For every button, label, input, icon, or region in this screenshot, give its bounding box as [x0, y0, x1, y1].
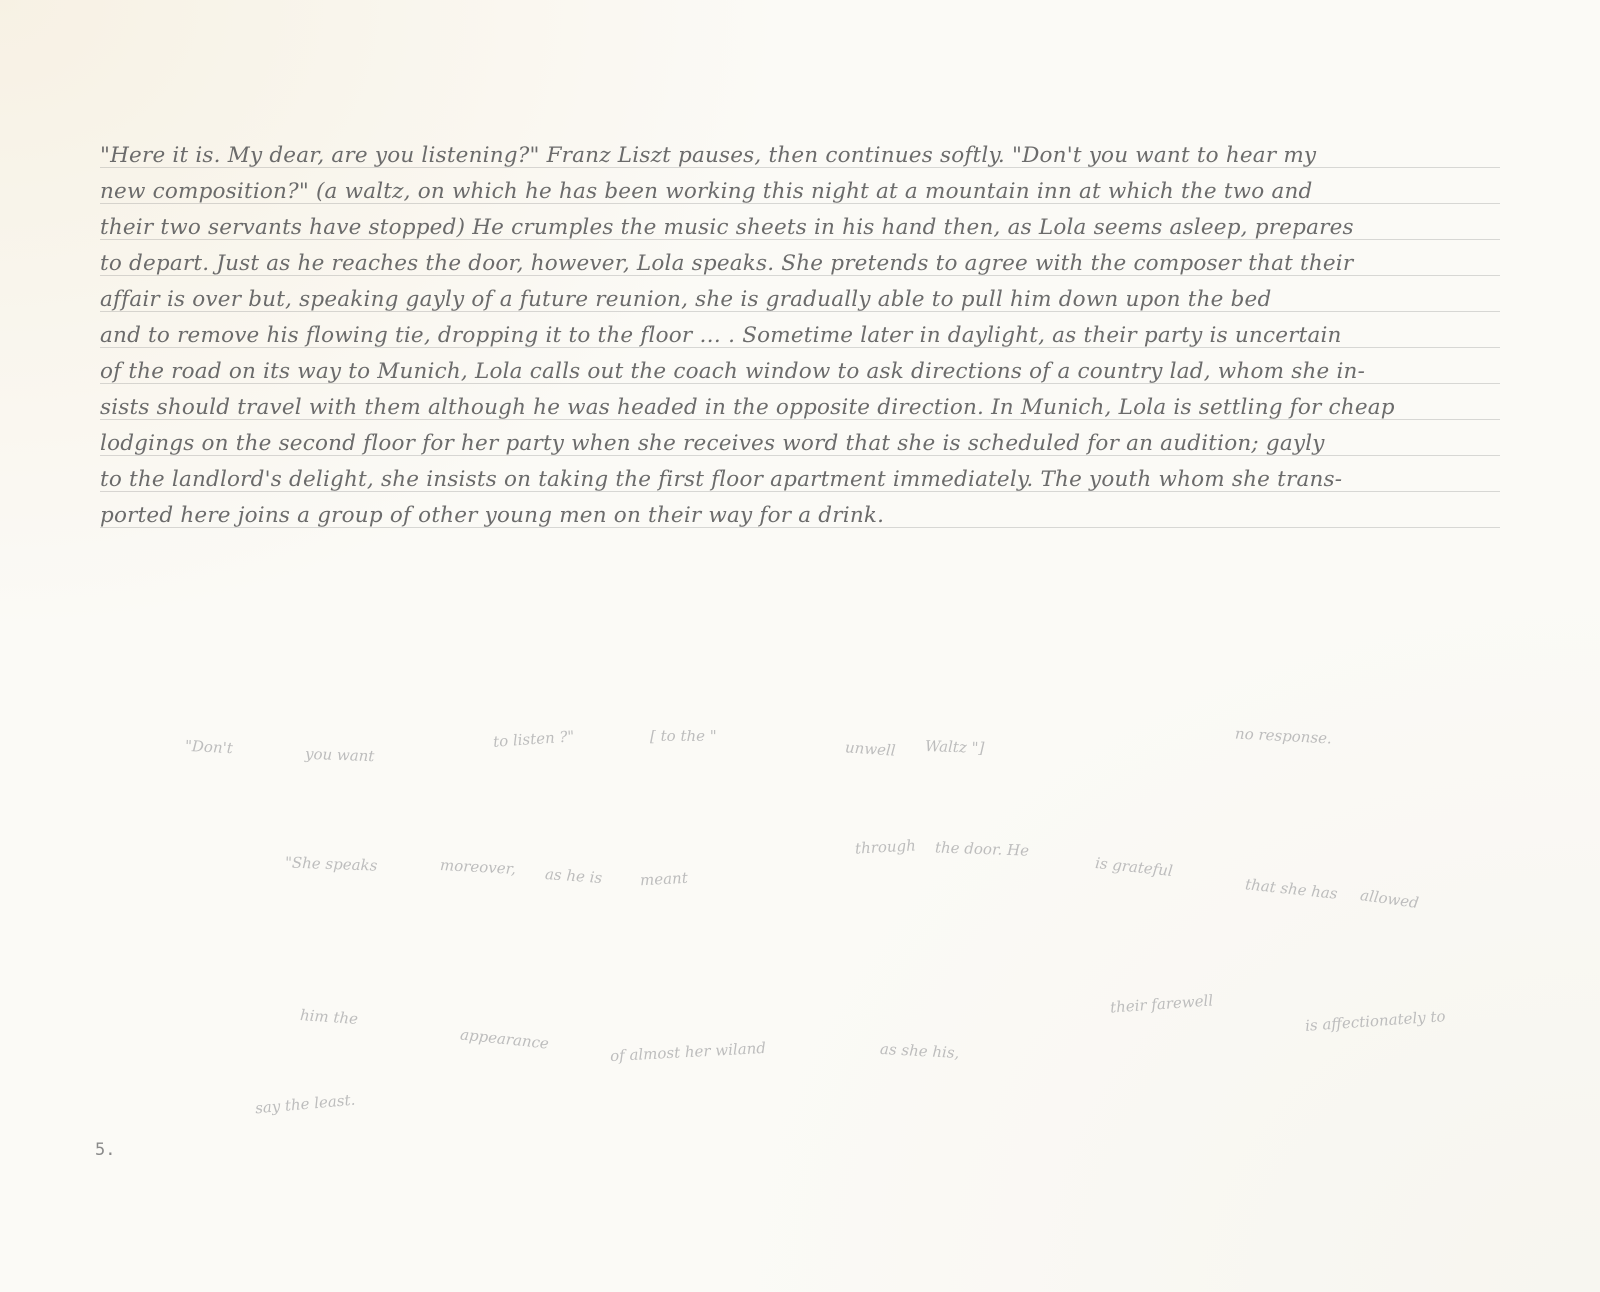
erased-note-fragment: as he is [544, 865, 602, 887]
erased-note-fragment: him the [299, 1006, 358, 1028]
paragraph-line: to the landlord's delight, she insists o… [100, 462, 1500, 498]
erased-note-fragment: [ to the " [650, 727, 717, 745]
erased-note-fragment: the door. He [935, 838, 1030, 859]
erased-note-fragment: no response. [1235, 724, 1333, 747]
handwritten-paragraph: "Here it is. My dear, are you listening?… [100, 138, 1500, 534]
erased-note-fragment: to listen ?" [492, 727, 574, 751]
paragraph-line: to depart. Just as he reaches the door, … [100, 246, 1500, 282]
paragraph-line: sists should travel with them although h… [100, 390, 1500, 426]
erased-note-fragment: moreover, [440, 856, 517, 878]
erased-note-fragment: "Don't [185, 737, 234, 757]
erased-note-fragment: through [855, 836, 917, 857]
erased-note-fragment: of almost her wiland [610, 1039, 767, 1065]
paragraph-line: of the road on its way to Munich, Lola c… [100, 354, 1500, 390]
paragraph-line: lodgings on the second floor for her par… [100, 426, 1500, 462]
erased-note-fragment: is grateful [1094, 854, 1173, 880]
manuscript-page: "Here it is. My dear, are you listening?… [0, 0, 1600, 1292]
erased-note-fragment: Waltz "] [925, 737, 985, 757]
erased-note-fragment: say the least. [254, 1091, 356, 1118]
paragraph-line: new composition?" (a waltz, on which he … [100, 174, 1500, 210]
page-number: 5. [95, 1140, 115, 1160]
erased-note-fragment: that she has [1244, 875, 1338, 903]
paragraph-line: their two servants have stopped) He crum… [100, 210, 1500, 246]
erased-note-fragment: is affectionately to [1305, 1007, 1446, 1035]
erased-note-fragment: allowed [1359, 886, 1420, 912]
paragraph-line: "Here it is. My dear, are you listening?… [100, 138, 1500, 174]
paragraph-line: and to remove his flowing tie, dropping … [100, 318, 1500, 354]
erased-note-fragment: unwell [844, 738, 896, 759]
erased-note-fragment: appearance [459, 1025, 549, 1052]
erased-note-fragment: "She speaks [285, 853, 378, 874]
paragraph-line: affair is over but, speaking gayly of a … [100, 282, 1500, 318]
erased-note-fragment: as she his, [880, 1040, 960, 1062]
erased-note-fragment: their farewell [1109, 991, 1213, 1016]
erased-note-fragment: meant [640, 869, 689, 889]
erased-note-fragment: you want [305, 745, 375, 765]
paragraph-line: ported here joins a group of other young… [100, 498, 1500, 534]
